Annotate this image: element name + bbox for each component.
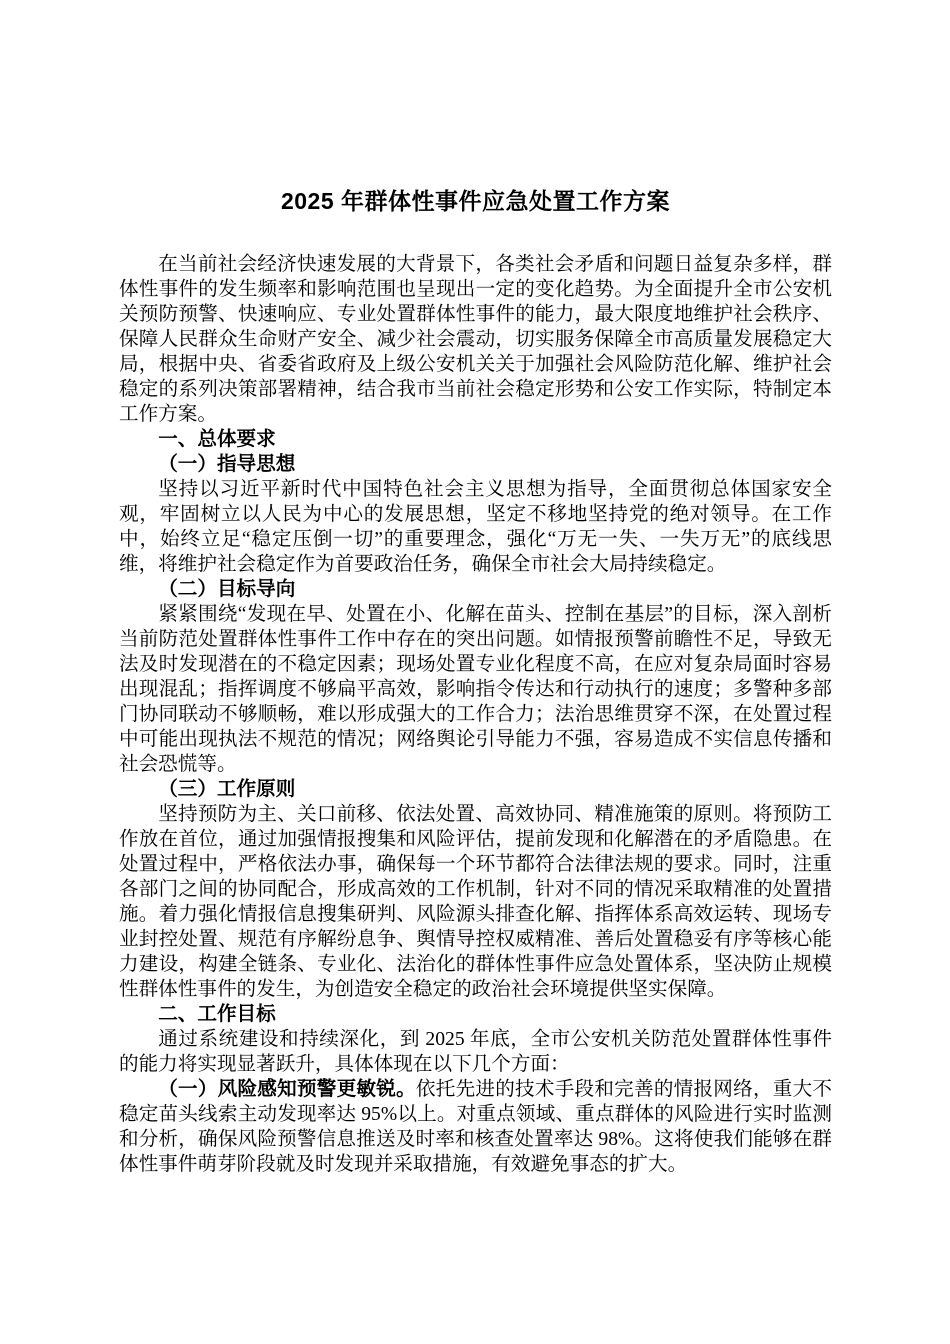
page-title: 2025 年群体性事件应急处置工作方案 — [119, 186, 832, 216]
paragraph-guiding-ideology: 坚持以习近平新时代中国特色社会主义思想为指导，全面贯彻总体国家安全观，牢固树立以… — [119, 477, 832, 577]
paragraph-goal-orientation: 紧紧围绕“发现在早、处置在小、化解在苗头、控制在基层”的目标，深入剖析当前防范处… — [119, 602, 832, 777]
heading-guiding-ideology: （一）指导思想 — [119, 452, 832, 477]
document-content: 2025 年群体性事件应急处置工作方案 在当前社会经济快速发展的大背景下，各类社… — [119, 186, 832, 1177]
target1-lead-bold-label: （一）风险感知预警更敏锐。 — [158, 1078, 416, 1100]
paragraph-intro: 在当前社会经济快速发展的大背景下，各类社会矛盾和问题日益复杂多样，群体性事件的发… — [119, 252, 832, 427]
paragraph-target1: （一）风险感知预警更敏锐。依托先进的技术手段和完善的情报网络，重大不稳定苗头线索… — [119, 1077, 832, 1177]
heading-overall-requirements: 一、总体要求 — [119, 427, 832, 452]
heading-goal-orientation: （二）目标导向 — [119, 577, 832, 602]
heading-work-principles: （三）工作原则 — [119, 777, 832, 802]
document-page: 2025 年群体性事件应急处置工作方案 在当前社会经济快速发展的大背景下，各类社… — [0, 0, 950, 1344]
paragraph-work-principles: 坚持预防为主、关口前移、依法处置、高效协同、精准施策的原则。将预防工作放在首位，… — [119, 802, 832, 1002]
heading-work-targets: 二、工作目标 — [119, 1002, 832, 1027]
paragraph-targets-intro: 通过系统建设和持续深化，到 2025 年底，全市公安机关防范处置群体性事件的能力… — [119, 1027, 832, 1077]
